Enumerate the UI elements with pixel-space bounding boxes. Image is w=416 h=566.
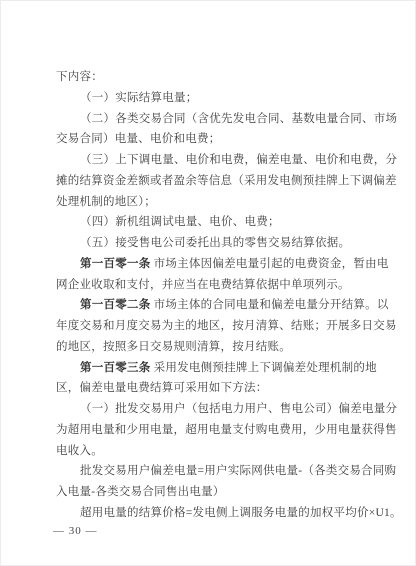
text-segment: 批发交易用户偏差电量=用户实际网供电量-（各类交易合同购 bbox=[80, 465, 396, 477]
text-segment: （一）实际结算电量； bbox=[80, 92, 198, 104]
text-segment: 市场主体因偏差电量引起的电费资金，暂由电 bbox=[151, 258, 389, 270]
text-line: 第一百零二条 市场主体的合同电量和偏差电量分开结算。以 bbox=[56, 295, 391, 316]
text-segment: 市场主体的合同电量和偏差电量分开结算。以 bbox=[151, 299, 389, 311]
text-line: （五）接受售电公司委托出具的零售交易结算依据。 bbox=[56, 233, 391, 254]
text-line: 区，偏差电量电费结算可采用如下方法： bbox=[56, 378, 391, 399]
text-segment: （四）新机组调试电量、电价、电费； bbox=[80, 216, 280, 228]
text-line: （一）实际结算电量； bbox=[56, 88, 391, 109]
text-line: （四）新机组调试电量、电价、电费； bbox=[56, 212, 391, 233]
text-line: （三）上下调电量、电价和电费，偏差电量、电价和电费，分 bbox=[56, 150, 391, 171]
article-number: 第一百零二条 bbox=[80, 299, 151, 311]
text-segment: 交易合同）电量、电价和电费； bbox=[56, 133, 221, 145]
text-line: 超用电量的结算价格=发电侧上调服务电量的加权平均价×U1。 bbox=[56, 503, 391, 524]
text-line: 入电量-各类交易合同售出电量） bbox=[56, 482, 391, 503]
text-segment: （五）接受售电公司委托出具的零售交易结算依据。 bbox=[80, 237, 350, 249]
article-number: 第一百零三条 bbox=[80, 362, 151, 374]
text-line: 摊的结算资金差额或者盈余等信息（采用发电侧预挂牌上下调偏差 bbox=[56, 171, 391, 192]
text-line: 下内容： bbox=[56, 67, 391, 88]
text-segment: （一）批发交易用户（包括电力用户、售电公司）偏差电量分 bbox=[80, 403, 397, 415]
text-segment: 下内容： bbox=[56, 71, 103, 83]
text-segment: 的地区，按照多日交易规则清算，按月结账。 bbox=[56, 341, 291, 353]
text-line: 的地区，按照多日交易规则清算，按月结账。 bbox=[56, 337, 391, 358]
document-page: 下内容：（一）实际结算电量；（二）各类交易合同（含优先发电合同、基数电量合同、市… bbox=[0, 0, 416, 566]
text-line: 第一百零三条 采用发电侧预挂牌上下调偏差处理机制的地 bbox=[56, 358, 391, 379]
text-segment: 网企业收取和支付，并应当在电费结算依据中单项列示。 bbox=[56, 279, 350, 291]
text-line: （二）各类交易合同（含优先发电合同、基数电量合同、市场 bbox=[56, 109, 391, 130]
text-segment: 入电量-各类交易合同售出电量） bbox=[56, 486, 225, 498]
text-segment: 摊的结算资金差额或者盈余等信息（采用发电侧预挂牌上下调偏差 bbox=[56, 175, 397, 187]
text-line: 年度交易和月度交易为主的地区，按月清算、结账；开展多日交易 bbox=[56, 316, 391, 337]
text-segment: 年度交易和月度交易为主的地区，按月清算、结账；开展多日交易 bbox=[56, 320, 397, 332]
text-line: 第一百零一条 市场主体因偏差电量引起的电费资金，暂由电 bbox=[56, 254, 391, 275]
text-line: 处理机制的地区）； bbox=[56, 192, 391, 213]
text-segment: 区，偏差电量电费结算可采用如下方法： bbox=[56, 382, 268, 394]
article-number: 第一百零一条 bbox=[80, 258, 151, 270]
text-line: 批发交易用户偏差电量=用户实际网供电量-（各类交易合同购 bbox=[56, 461, 391, 482]
text-segment: 为超用电量和少用电量，超用电量支付购电费用，少用电量获得售 bbox=[56, 424, 397, 436]
text-segment: 采用发电侧预挂牌上下调偏差处理机制的地 bbox=[151, 362, 377, 374]
text-line: 网企业收取和支付，并应当在电费结算依据中单项列示。 bbox=[56, 275, 391, 296]
text-segment: 处理机制的地区）； bbox=[56, 196, 156, 208]
text-segment: （二）各类交易合同（含优先发电合同、基数电量合同、市场 bbox=[80, 113, 397, 125]
text-segment: 超用电量的结算价格=发电侧上调服务电量的加权平均价×U1。 bbox=[80, 507, 402, 519]
document-body: 下内容：（一）实际结算电量；（二）各类交易合同（含优先发电合同、基数电量合同、市… bbox=[56, 67, 391, 524]
text-line: 交易合同）电量、电价和电费； bbox=[56, 129, 391, 150]
text-line: （一）批发交易用户（包括电力用户、售电公司）偏差电量分 bbox=[56, 399, 391, 420]
text-line: 电收入。 bbox=[56, 441, 391, 462]
text-line: 为超用电量和少用电量，超用电量支付购电费用，少用电量获得售 bbox=[56, 420, 391, 441]
page-number: — 30 — bbox=[53, 525, 98, 537]
text-segment: （三）上下调电量、电价和电费，偏差电量、电价和电费，分 bbox=[80, 154, 397, 166]
text-segment: 电收入。 bbox=[56, 445, 103, 457]
